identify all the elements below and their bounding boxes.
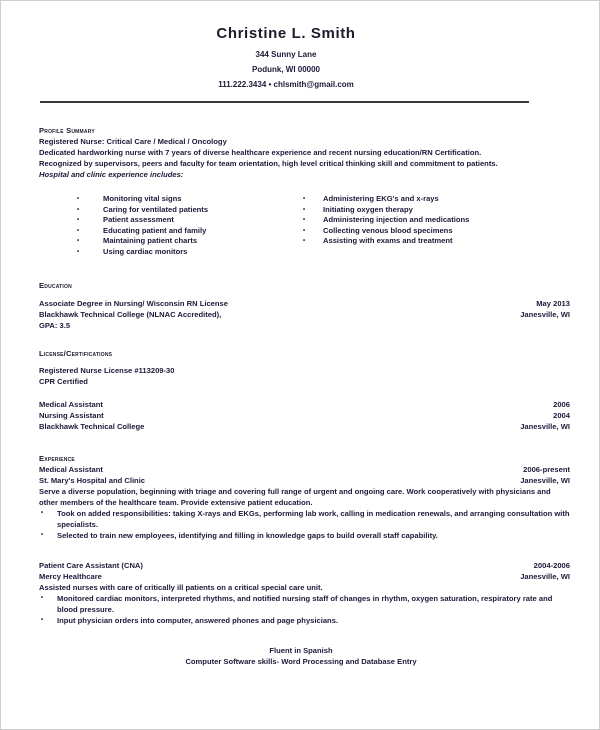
list-item: Administering EKG's and x-rays (303, 194, 469, 205)
list-item: Administering injection and medications (303, 215, 469, 226)
license-list: Registered Nurse License #113209-30 CPR … (39, 365, 570, 387)
cert-school: Blackhawk Technical College (39, 421, 144, 432)
list-item: Monitoring vital signs (77, 194, 208, 205)
list-item: Took on added responsibilities: taking X… (39, 508, 570, 530)
profile-line: Recognized by supervisors, peers and fac… (39, 158, 570, 169)
job-role: Medical Assistant (39, 464, 103, 475)
experience-section: Experience Medical Assistant 2006-presen… (39, 453, 570, 541)
list-item: Maintaining patient charts (77, 236, 208, 247)
job-location: Janesville, WI (520, 475, 570, 486)
address-line-2: Podunk, WI 00000 (1, 62, 571, 77)
cert-location: Janesville, WI (520, 421, 570, 432)
profile-line: Dedicated hardworking nurse with 7 years… (39, 147, 570, 158)
job-dates: 2006-present (523, 464, 570, 475)
additional-language: Fluent in Spanish (1, 645, 600, 656)
job-dates: 2004-2006 (534, 560, 570, 571)
candidate-name: Christine L. Smith (1, 25, 571, 42)
license-section: License/Certifications (39, 348, 570, 359)
job-employer: Mercy Healthcare (39, 571, 102, 582)
cert-year: 2004 (553, 410, 570, 421)
cert-year: 2006 (553, 399, 570, 410)
list-item: Monitored cardiac monitors, interpreted … (39, 593, 562, 615)
degree: Associate Degree in Nursing/ Wisconsin R… (39, 298, 228, 309)
gpa: GPA: 3.5 (39, 320, 570, 331)
section-title-education: Education (39, 280, 570, 291)
job-summary: Assisted nurses with care of critically … (39, 582, 570, 593)
profile-subtitle: Registered Nurse: Critical Care / Medica… (39, 136, 570, 147)
address-line-1: 344 Sunny Lane (1, 47, 571, 62)
experience-entry-2: Patient Care Assistant (CNA) 2004-2006 M… (39, 560, 570, 626)
list-item: Patient assessment (77, 215, 208, 226)
list-item: Collecting venous blood specimens (303, 226, 469, 237)
job-location: Janesville, WI (520, 571, 570, 582)
license-item: CPR Certified (39, 376, 570, 387)
contact-line: 111.222.3434 • chlsmith@gmail.com (1, 77, 571, 92)
skills-left-list: Monitoring vital signs Caring for ventil… (77, 194, 208, 257)
list-item: Assisting with exams and treatment (303, 236, 469, 247)
certification-list: Medical Assistant 2006 Nursing Assistant… (39, 399, 570, 432)
resume-header: Christine L. Smith 344 Sunny Lane Podunk… (1, 25, 571, 92)
license-item: Registered Nurse License #113209-30 (39, 365, 570, 376)
list-item: Initiating oxygen therapy (303, 205, 469, 216)
resume-page: Christine L. Smith 344 Sunny Lane Podunk… (0, 0, 600, 730)
job-employer: St. Mary's Hospital and Clinic (39, 475, 145, 486)
job-summary: Serve a diverse population, beginning wi… (39, 486, 570, 508)
section-title-license: License/Certifications (39, 348, 570, 359)
list-item: Selected to train new employees, identif… (39, 530, 570, 541)
list-item: Caring for ventilated patients (77, 205, 208, 216)
cert-name: Medical Assistant (39, 399, 103, 410)
profile-section: Profile Summary Registered Nurse: Critic… (39, 125, 570, 180)
education-section: Education (39, 280, 570, 291)
skills-right-list: Administering EKG's and x-rays Initiatin… (303, 194, 469, 247)
additional-software: Computer Software skills- Word Processin… (1, 656, 600, 667)
job-role: Patient Care Assistant (CNA) (39, 560, 143, 571)
education-location: Janesville, WI (520, 309, 570, 320)
list-item: Educating patient and family (77, 226, 208, 237)
education-entry: Associate Degree in Nursing/ Wisconsin R… (39, 298, 570, 331)
section-title-profile: Profile Summary (39, 125, 570, 136)
section-title-experience: Experience (39, 453, 570, 464)
education-date: May 2013 (536, 298, 570, 309)
list-item: Using cardiac monitors (77, 247, 208, 258)
additional-section: Fluent in Spanish Computer Software skil… (1, 645, 600, 667)
cert-name: Nursing Assistant (39, 410, 104, 421)
experience-intro: Hospital and clinic experience includes: (39, 169, 570, 180)
header-divider (40, 101, 529, 103)
school: Blackhawk Technical College (NLNAC Accre… (39, 309, 221, 320)
list-item: Input physician orders into computer, an… (39, 615, 570, 626)
